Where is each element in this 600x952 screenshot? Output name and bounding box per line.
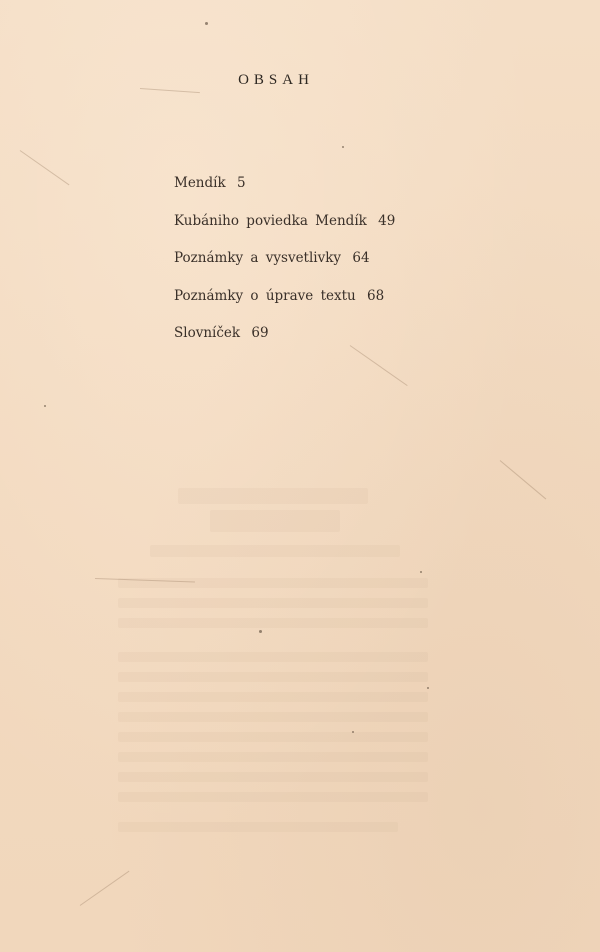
paper-speck	[44, 405, 46, 407]
paper-speck	[259, 630, 262, 633]
toc-entry-page: 69	[251, 325, 268, 341]
toc-entry: Poznámky o úprave textu 68	[174, 288, 395, 326]
paper-speck	[352, 731, 354, 733]
bleed-through-subtitle	[150, 545, 400, 557]
toc-entry-title: Poznámky a vysvetlivky	[174, 250, 341, 266]
paper-speck	[342, 146, 344, 148]
toc-entry: Kubániho poviedka Mendík 49	[174, 213, 395, 251]
paper-speck	[420, 571, 422, 573]
book-page: OBSAH Mendík 5 Kubániho poviedka Mendík …	[0, 0, 600, 952]
toc-entry: Mendík 5	[174, 175, 395, 213]
toc-entry-page: 5	[237, 175, 246, 191]
toc-entry-title: Kubániho poviedka Mendík	[174, 213, 367, 229]
bleed-through-line	[118, 672, 428, 682]
toc-entry-title: Mendík	[174, 175, 226, 191]
bleed-through-line	[118, 598, 428, 608]
toc-entry-title: Poznámky o úprave textu	[174, 288, 356, 304]
toc-entry-page: 49	[378, 213, 395, 229]
paper-fiber	[500, 460, 547, 499]
toc-entry-page: 68	[367, 288, 384, 304]
bleed-through-line	[118, 822, 398, 832]
bleed-through-title	[178, 488, 368, 504]
bleed-through-line	[118, 712, 428, 722]
bleed-through-line	[118, 772, 428, 782]
toc-entry-title: Slovníček	[174, 325, 240, 341]
bleed-through-line	[118, 792, 428, 802]
paper-fiber	[20, 150, 70, 185]
paper-speck	[427, 687, 429, 689]
bleed-through-title-large	[210, 510, 340, 532]
bleed-through-line	[118, 692, 428, 702]
paper-fiber	[80, 871, 130, 906]
bleed-through-line	[118, 652, 428, 662]
table-of-contents: Mendík 5 Kubániho poviedka Mendík 49 Poz…	[174, 175, 395, 363]
page-heading: OBSAH	[0, 72, 552, 89]
toc-entry: Slovníček 69	[174, 325, 395, 363]
paper-speck	[205, 22, 208, 25]
bleed-through-line	[118, 752, 428, 762]
bleed-through-line	[118, 732, 428, 742]
bleed-through-line	[118, 618, 428, 628]
toc-entry-page: 64	[352, 250, 369, 266]
toc-entry: Poznámky a vysvetlivky 64	[174, 250, 395, 288]
